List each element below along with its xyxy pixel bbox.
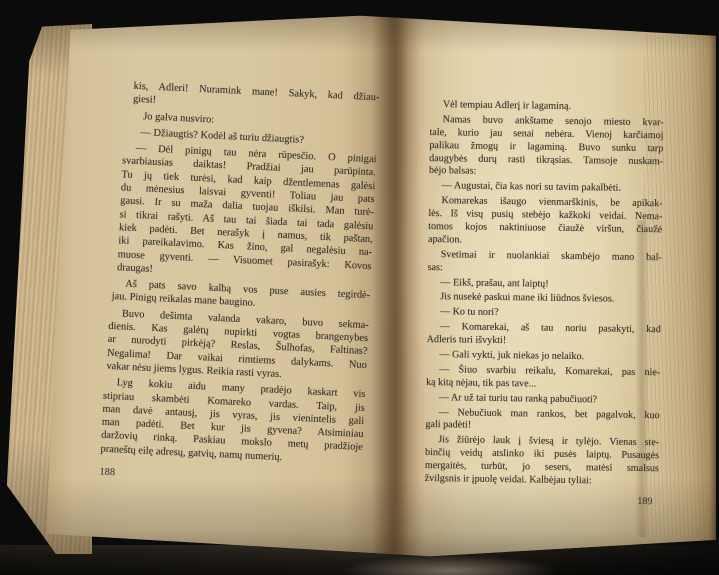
photo-of-open-book: kis, Adleri! Nuramink mane! Sakyk, kad d…	[0, 0, 719, 575]
text-line: — Augustai, čia kas nori su tavim pakalb…	[429, 180, 663, 196]
paragraph: — Dėl pinigų tau nėra rūpesčio. O piniga…	[117, 141, 377, 286]
page-189-text: Vėl tempiau Adlerį ir lagaminą.Namas buv…	[425, 99, 664, 489]
paragraph: Svetimai ir nuolankiai skambėjo mano bal…	[428, 249, 662, 278]
paragraph: Jis žiūrėjo lauk į šviesą ir tylėjo. Vie…	[425, 434, 660, 489]
text-line: gali padėti!	[425, 419, 659, 435]
paragraph: Buvo dešimta valanda vakaro, buvo sekma-…	[106, 307, 369, 386]
text-line: Jis nusekė paskui mane iki liūdnos švies…	[427, 291, 661, 307]
paragraph: Vėl tempiau Adlerį ir lagaminą.	[430, 99, 664, 115]
paragraph: — Komarekai, aš tau noriu pasakyti, kadA…	[427, 321, 661, 350]
paragraph: — Ar už tai turiu tau ranką pabučiuoti?	[426, 392, 660, 408]
paragraph: — Augustai, čia kas nori su tavim pakalb…	[429, 180, 663, 196]
paragraph: Lyg kokiu aidu many pradėjo kaskart viss…	[100, 376, 365, 468]
paragraph: — Gali vykti, juk niekas jo nelaiko.	[426, 349, 660, 365]
page-188: kis, Adleri! Nuramink mane! Sakyk, kad d…	[99, 79, 380, 491]
paragraph: — Ko tu nori?	[427, 306, 661, 322]
text-line: Vėl tempiau Adlerį ir lagaminą.	[430, 99, 664, 115]
page-188-text: kis, Adleri! Nuramink mane! Sakyk, kad d…	[100, 79, 379, 468]
page-189: Vėl tempiau Adlerį ir lagaminą.Namas buv…	[424, 99, 664, 509]
paragraph: — Nebučiuok man rankos, bet pagalvok, ku…	[425, 407, 659, 436]
paragraph: Namas buvo ankštame senojo miesto kvar-t…	[429, 114, 664, 182]
paragraph: Komarekas išaugo vienmarškinis, be apika…	[428, 195, 663, 250]
text-line: — Ko tu nori?	[427, 306, 661, 322]
text-line: — Gali vykti, juk niekas jo nelaiko.	[426, 349, 660, 365]
text-line: — Eikš, prašau, ant laiptų!	[427, 277, 661, 293]
paragraph: Jis nusekė paskui mane iki liūdnos švies…	[427, 291, 661, 307]
text-line: — Ar už tai turiu tau ranką pabučiuoti?	[426, 392, 660, 408]
paragraph: — Šiuo svarbiu reikalu, Komarekai, pas n…	[426, 364, 660, 393]
text-line: bėjo balsas:	[429, 165, 663, 181]
paragraph: — Eikš, prašau, ant laiptų!	[427, 277, 661, 293]
